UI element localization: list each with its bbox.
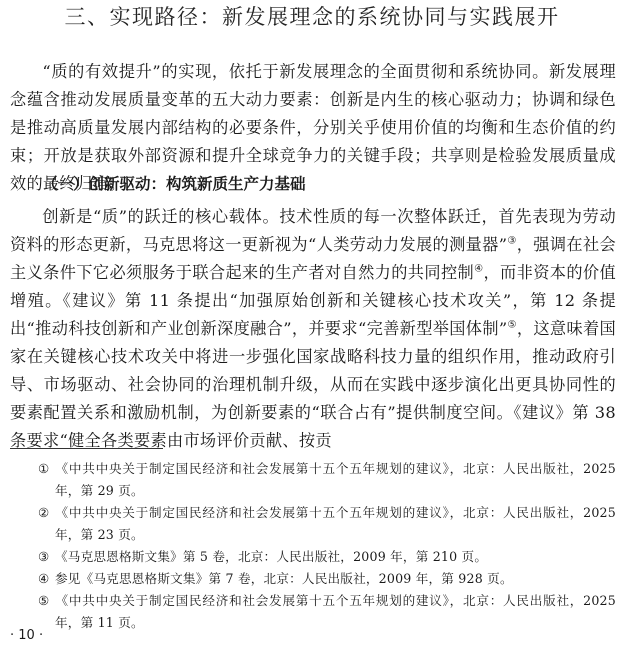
footnote-marker: ④ xyxy=(38,568,55,590)
footnotes-list: ①《中共中央关于制定国民经济和社会发展第十五个五年规划的建议》，北京：人民出版社… xyxy=(38,458,616,634)
footnote-ref-3[interactable]: ③ xyxy=(507,236,516,247)
footnote-text: 参见《马克思恩格斯文集》第 7 卷，北京：人民出版社，2009 年，第 928 … xyxy=(55,571,513,586)
footnote-text: 《中共中央关于制定国民经济和社会发展第十五个五年规划的建议》，北京：人民出版社，… xyxy=(55,461,616,498)
footnote-marker: ② xyxy=(38,502,55,524)
section-title: 三、实现路径：新发展理念的系统协同与实践展开 xyxy=(0,2,624,32)
paragraph-text: ，这意味着国家在关键核心技术攻关中将进一步强化国家战略科技力量的组织作用，推动政… xyxy=(10,319,616,450)
subsection-heading: （一）创新驱动：构筑新质生产力基础 xyxy=(42,170,306,198)
page-number: · 10 · xyxy=(10,627,43,645)
innovation-paragraph: 创新是“质”的跃迁的核心载体。技术性质的每一次整体跃迁，首先表现为劳动资料的形态… xyxy=(10,203,616,455)
footnote-ref-5[interactable]: ⑤ xyxy=(507,320,516,331)
footnote-divider xyxy=(10,448,163,449)
footnote-marker: ③ xyxy=(38,546,55,568)
footnote-text: 《中共中央关于制定国民经济和社会发展第十五个五年规划的建议》，北京：人民出版社，… xyxy=(55,505,616,542)
footnote-marker: ① xyxy=(38,458,55,480)
footnote-text: 《马克思恩格斯文集》第 5 卷，北京：人民出版社，2009 年，第 210 页。 xyxy=(55,549,487,564)
footnote-item: ④参见《马克思恩格斯文集》第 7 卷，北京：人民出版社，2009 年，第 928… xyxy=(38,568,616,590)
footnote-item: ③《马克思恩格斯文集》第 5 卷，北京：人民出版社，2009 年，第 210 页… xyxy=(38,546,616,568)
footnote-item: ②《中共中央关于制定国民经济和社会发展第十五个五年规划的建议》，北京：人民出版社… xyxy=(38,502,616,546)
footnote-item: ①《中共中央关于制定国民经济和社会发展第十五个五年规划的建议》，北京：人民出版社… xyxy=(38,458,616,502)
footnote-marker: ⑤ xyxy=(38,590,55,612)
footnote-text: 《中共中央关于制定国民经济和社会发展第十五个五年规划的建议》，北京：人民出版社，… xyxy=(55,593,616,630)
footnote-item: ⑤《中共中央关于制定国民经济和社会发展第十五个五年规划的建议》，北京：人民出版社… xyxy=(38,590,616,634)
